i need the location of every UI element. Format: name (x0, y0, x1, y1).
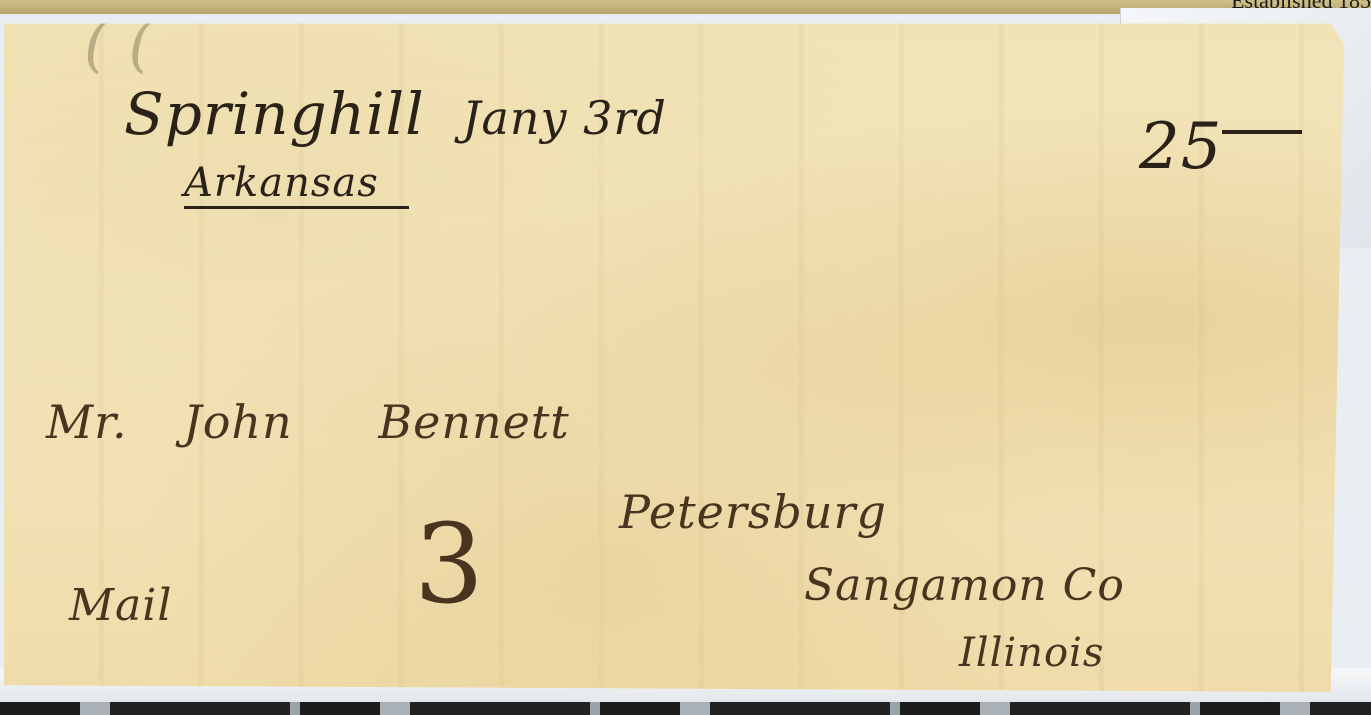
docket-left: Mail (69, 580, 172, 631)
postmark-town: Springhill Jany 3rd (124, 80, 667, 148)
postmark-state: Arkansas (184, 160, 409, 209)
faint-marks: ( ( (84, 10, 153, 80)
destination-state: Illinois (959, 630, 1104, 676)
postmark-town-text: Springhill (124, 80, 425, 148)
addressee-last-name: Bennett (378, 395, 569, 449)
postage-rate: 25 (1139, 110, 1302, 184)
scanner-background (0, 702, 1371, 715)
destination-town: Petersburg (619, 485, 887, 539)
docket-center-mark: 3 (414, 500, 485, 628)
rate-flourish (1222, 130, 1302, 134)
destination-county: Sangamon Co (804, 560, 1125, 611)
addressee-line: Mr. John Bennett (46, 395, 570, 449)
postmark-date: Jany 3rd (462, 91, 667, 145)
postage-rate-text: 25 (1139, 110, 1222, 184)
addressee-first-name: John (183, 395, 292, 449)
addressee-salutation: Mr. (46, 395, 128, 449)
folded-letter-cover: ( ( Springhill Jany 3rd Arkansas 25 Mr. … (4, 10, 1344, 692)
